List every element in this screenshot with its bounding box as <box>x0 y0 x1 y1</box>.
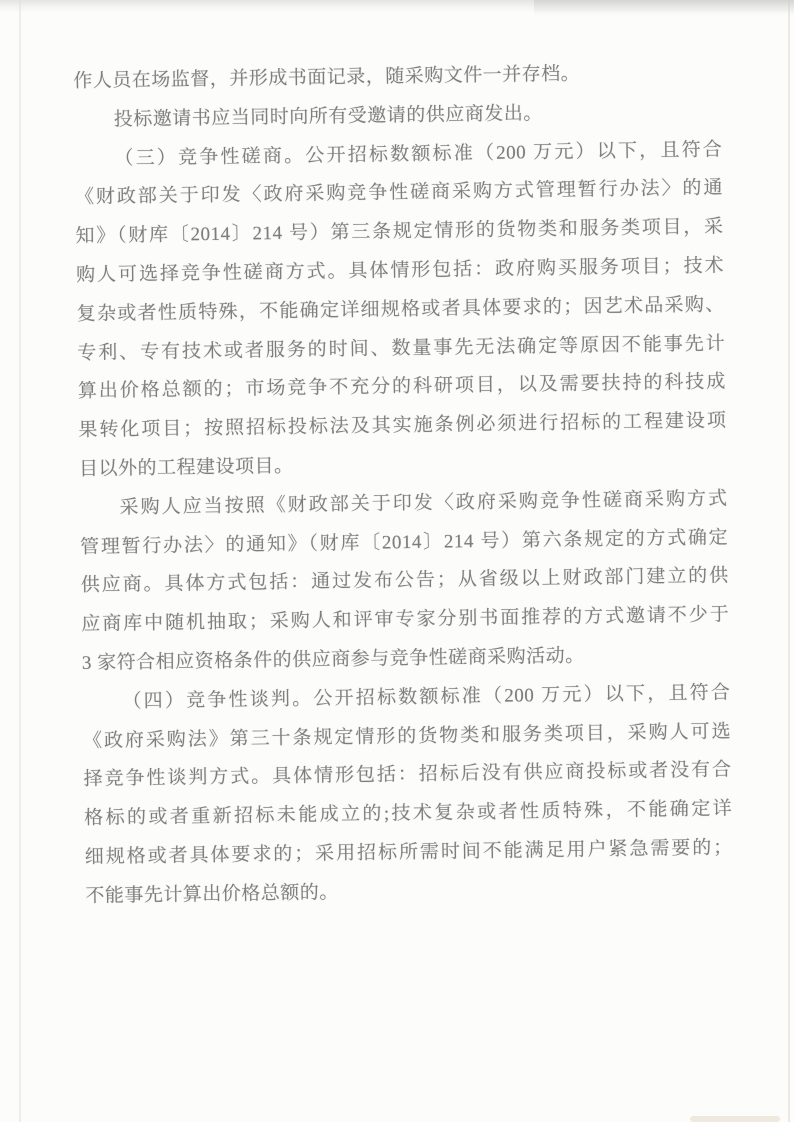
document-page: 作人员在场监督，并形成书面记录，随采购文件一并存档。投标邀请书应当同时向所有受邀… <box>0 0 794 1122</box>
scan-artifact-right-edge <box>788 0 790 1122</box>
scan-artifact-top-right-edge <box>534 0 794 16</box>
paragraph: （四）竞争性谈判。公开招标数额标准（200 万元）以下，且符合《政府采购法》第三… <box>82 674 733 916</box>
paragraph: 采购人应当按照《财政部关于印发〈政府采购竞争性磋商采购方式管理暂行办法〉的通知》… <box>79 480 730 684</box>
scan-artifact-bottom-smudge <box>690 1116 780 1122</box>
document-text: 作人员在场监督，并形成书面记录，随采购文件一并存档。投标邀请书应当同时向所有受邀… <box>73 53 734 916</box>
scan-artifact-left-streak <box>19 0 21 1122</box>
paragraph: （三）竞争性磋商。公开招标数额标准（200 万元）以下，且符合《财政部关于印发〈… <box>74 131 727 490</box>
